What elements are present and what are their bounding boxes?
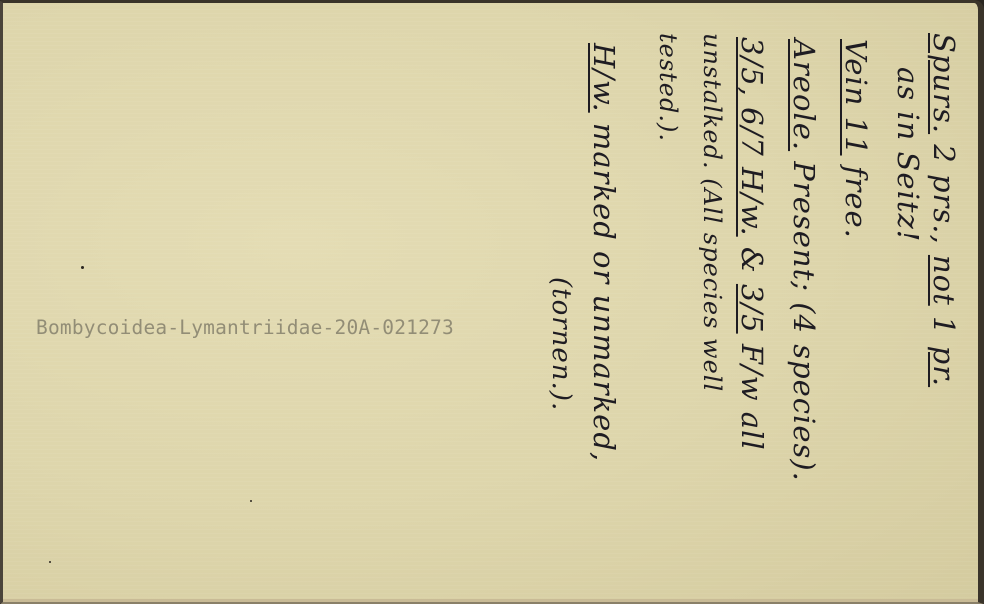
note-text: &: [735, 237, 769, 284]
note-text: F/w all: [735, 334, 769, 451]
note-text: Present; (4 species).: [787, 151, 821, 482]
note-line-veins-hindwing: 3/5, 6/7 H/w. & 3/5 F/w all: [737, 37, 766, 451]
note-label-hindwing-veins: 3/5, 6/7 H/w.: [735, 37, 769, 237]
note-label-spurs: Spurs.: [927, 33, 961, 134]
note-text: 1: [927, 306, 961, 346]
note-line-spurs: Spurs. 2 prs., not 1 pr.: [929, 33, 958, 387]
paper-speck: [49, 561, 51, 563]
note-line-tornen: (tornen.).: [548, 277, 574, 411]
note-text: 2 prs.,: [927, 134, 961, 255]
note-emphasis-not: not: [927, 255, 961, 306]
note-line-hindwing-marking: H/w. marked or unmarked,: [589, 43, 618, 462]
note-text: marked or unmarked,: [587, 113, 621, 462]
note-text: free.: [839, 156, 873, 239]
paper-speck: [250, 500, 252, 502]
note-line-seitz: as in Seitz!: [893, 67, 922, 242]
typed-catalog-id: Bombycoidea-Lymantriidae-20A-021273: [36, 316, 454, 339]
index-card: Bombycoidea-Lymantriidae-20A-021273 Spur…: [0, 0, 984, 604]
note-label-vein: Vein 11: [839, 39, 873, 156]
note-emphasis-35: 3/5: [735, 284, 769, 334]
note-line-areole: Areole. Present; (4 species).: [789, 39, 818, 482]
note-label-hindwing: H/w.: [587, 43, 621, 113]
note-line-vein: Vein 11 free.: [841, 39, 870, 239]
note-label-areole: Areole.: [787, 39, 821, 151]
paper-speck: [81, 266, 84, 269]
note-emphasis-pr: pr.: [927, 346, 961, 387]
note-line-unstalked: unstalked. (All species well: [700, 33, 724, 392]
note-line-tested: tested.).: [656, 33, 680, 142]
